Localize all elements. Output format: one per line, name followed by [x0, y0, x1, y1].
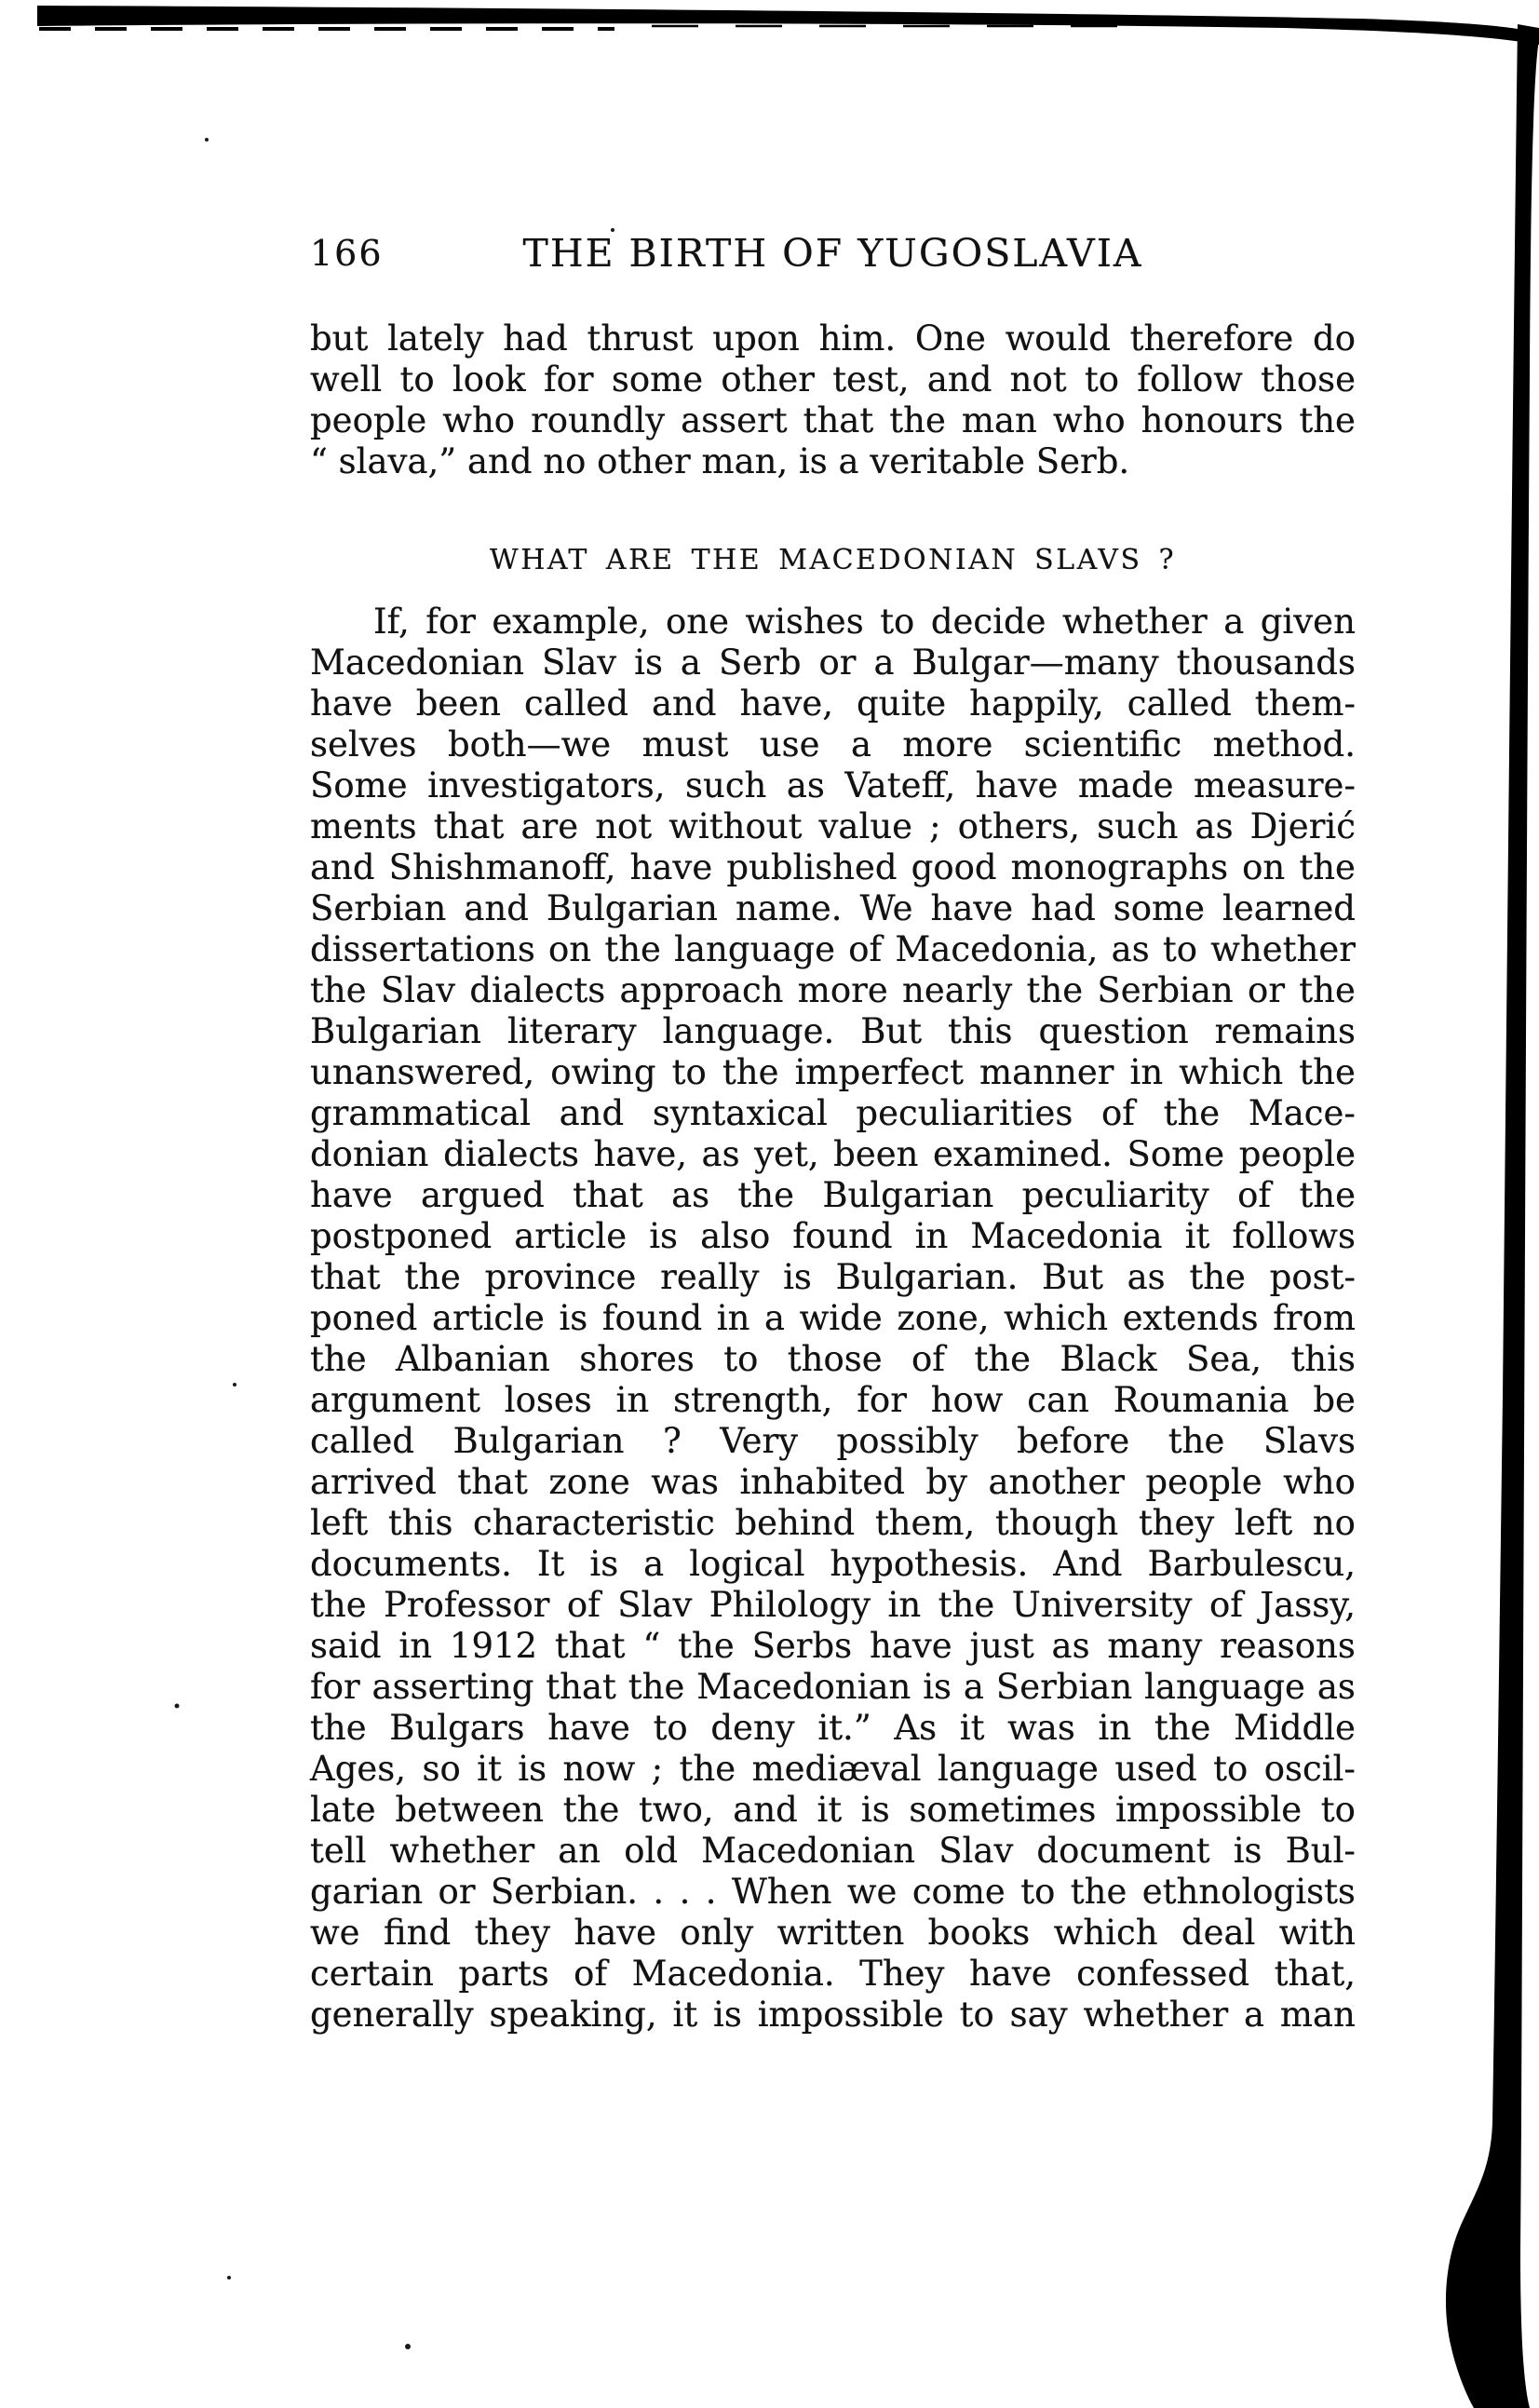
text-line: leftthischaracteristicbehindthem,thought… [310, 1503, 1356, 1544]
text-line: tellwhetheranoldMacedonianSlavdocumentis… [310, 1831, 1356, 1872]
text-line: havearguedthatastheBulgarianpeculiarityo… [310, 1175, 1356, 1216]
scan-speck [405, 2344, 411, 2349]
text-line: theAlbanianshorestothoseoftheBlackSea,th… [310, 1339, 1356, 1380]
text-line: Someinvestigators,suchasVateff,havemadem… [310, 765, 1356, 806]
scan-speck [233, 1383, 236, 1387]
text-line: saidin1912that“theSerbshavejustasmanyrea… [310, 1626, 1356, 1667]
scan-speck [227, 2276, 231, 2279]
text-line: peoplewhoroundlyassertthatthemanwhohonou… [310, 400, 1356, 441]
text-line: doniandialectshave,asyet,beenexamined.So… [310, 1134, 1356, 1175]
text-line: grammaticalandsyntaxicalpeculiaritiesoft… [310, 1093, 1356, 1134]
scan-speck [205, 138, 209, 142]
text-line: documents.Itisalogicalhypothesis.AndBarb… [310, 1544, 1356, 1585]
text-line: calledBulgarian?VerypossiblybeforetheSla… [310, 1421, 1356, 1462]
text-line: theSlavdialectsapproachmorenearlytheSerb… [310, 970, 1356, 1011]
text-line: MacedonianSlavisaSerboraBulgar—manythous… [310, 643, 1356, 683]
page-header: 166 THE BIRTH OF YUGOSLAVIA [310, 231, 1356, 276]
text-line: If,forexample,onewishestodecidewhetherag… [310, 602, 1356, 643]
text-line: butlatelyhadthrustuponhim.Onewouldtheref… [310, 318, 1356, 359]
text-line: Ages,soitisnow;themediævallanguageusedto… [310, 1749, 1356, 1790]
text-line: certainpartsofMacedonia.Theyhaveconfesse… [310, 1954, 1356, 1995]
text-line: latebetweenthetwo,anditissometimesimposs… [310, 1790, 1356, 1831]
text-line: arrivedthatzonewasinhabitedbyanotherpeop… [310, 1462, 1356, 1503]
scan-artifact-right-edge [1446, 24, 1539, 2408]
text-line: unanswered,owingtotheimperfectmannerinwh… [310, 1052, 1356, 1093]
text-line: “ slava,” and no other man, is a veritab… [310, 441, 1356, 482]
text-line: welltolookforsomeothertest,andnottofollo… [310, 359, 1356, 400]
section-heading: WHAT ARE THE MACEDONIAN SLAVS ? [310, 544, 1356, 576]
main-paragraph: If,forexample,onewishestodecidewhetherag… [310, 602, 1356, 2036]
text-line: mentsthatarenotwithoutvalue;others,sucha… [310, 806, 1356, 847]
scan-artifact-top-bar [37, 6, 1539, 45]
text-line: SerbianandBulgarianname.Wehavehadsomelea… [310, 888, 1356, 929]
text-line: andShishmanoff,havepublishedgoodmonograp… [310, 847, 1356, 888]
text-line: thattheprovincereallyisBulgarian.Butasth… [310, 1257, 1356, 1298]
text-line: wefindtheyhaveonlywrittenbookswhichdealw… [310, 1913, 1356, 1954]
text-line: theBulgarshavetodenyit.”AsitwasintheMidd… [310, 1708, 1356, 1749]
text-line: generallyspeaking,itisimpossibletosaywhe… [310, 1995, 1356, 2036]
intro-paragraph: butlatelyhadthrustuponhim.Onewouldtheref… [310, 318, 1356, 482]
text-line: argumentlosesinstrength,forhowcanRoumani… [310, 1380, 1356, 1421]
text-line: havebeencalledandhave,quitehappily,calle… [310, 683, 1356, 724]
text-line: Bulgarianliterarylanguage.Butthisquestio… [310, 1011, 1356, 1052]
text-line: theProfessorofSlavPhilologyintheUniversi… [310, 1585, 1356, 1626]
page-title: THE BIRTH OF YUGOSLAVIA [310, 231, 1356, 276]
text-line: selvesboth—wemustuseamorescientificmetho… [310, 724, 1356, 765]
text-line: garianorSerbian....Whenwecometotheethnol… [310, 1872, 1356, 1913]
text-line: forassertingthattheMacedonianisaSerbianl… [310, 1667, 1356, 1708]
book-page-scan: 166 THE BIRTH OF YUGOSLAVIA butlatelyhad… [0, 0, 1539, 2408]
text-line: dissertationsonthelanguageofMacedonia,as… [310, 929, 1356, 970]
text-line: postponedarticleisalsofoundinMacedoniait… [310, 1216, 1356, 1257]
text-line: ponedarticleisfoundinawidezone,whichexte… [310, 1298, 1356, 1339]
scan-speck [175, 1704, 180, 1709]
